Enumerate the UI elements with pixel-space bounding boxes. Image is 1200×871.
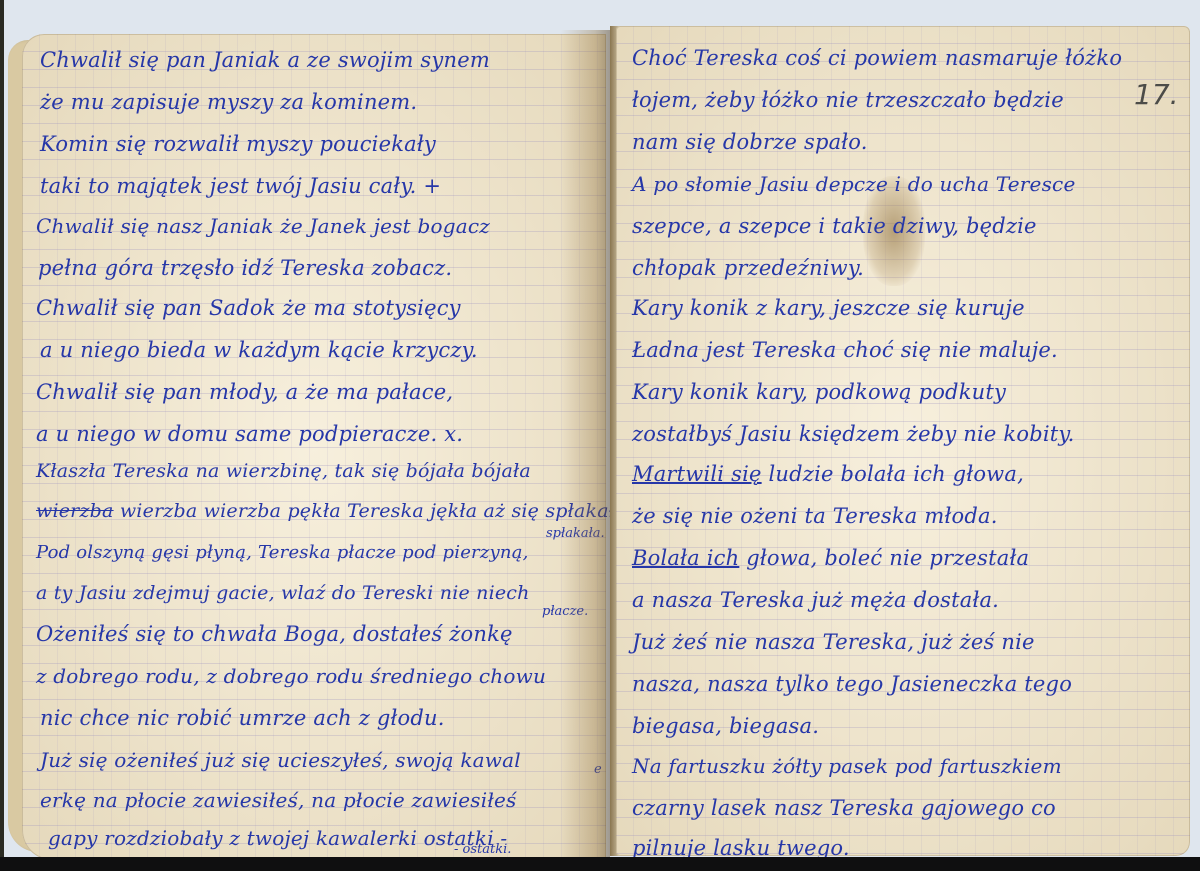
handwritten-line: Choć Tereska coś ci powiem nasmaruje łóż…: [632, 46, 1122, 70]
right-page-text: Choć Tereska coś ci powiem nasmaruje łóż…: [616, 26, 1190, 856]
underlined-phrase: Martwili się: [632, 462, 762, 486]
left-page: Chwalił się pan Janiak a ze swojim synem…: [22, 34, 606, 860]
handwritten-line: Pod olszyną gęsi płyną, Tereska płacze p…: [36, 542, 529, 563]
annotation-below-line: - ostatki.: [454, 842, 511, 857]
right-page: 17. Choć Tereska coś ci powiem nasmaruje…: [616, 26, 1190, 856]
handwritten-line: czarny lasek nasz Tereska gajowego co: [632, 796, 1056, 820]
handwritten-line: Martwili się ludzie bolała ich głowa,: [632, 462, 1024, 486]
handwritten-line: a ty Jasiu zdejmuj gacie, wlaź do Teresk…: [36, 582, 530, 604]
left-page-text: Chwalił się pan Janiak a ze swojim synem…: [22, 34, 606, 860]
handwritten-line: chłopak przedeźniwy.: [632, 256, 864, 280]
handwritten-line: nam się dobrze spało.: [632, 130, 868, 154]
annotation-suffix: e: [594, 762, 602, 777]
handwritten-line: a nasza Tereska już męża dostała.: [632, 588, 999, 612]
handwritten-line: Chwalił się pan młody, a że ma pałace,: [36, 380, 453, 404]
handwritten-line: biegasa, biegasa.: [632, 714, 819, 738]
handwritten-line: Chwalił się nasz Janiak że Janek jest bo…: [36, 214, 490, 238]
handwritten-line: a u niego w domu same podpieracze. x.: [36, 422, 463, 446]
handwritten-line: A po słomie Jasiu depcze i do ucha Teres…: [632, 172, 1075, 196]
handwritten-line: gapy rozdziobały z twojej kawalerki osta…: [48, 826, 507, 850]
handwritten-line: Komin się rozwalił myszy pouciekały: [40, 132, 436, 156]
handwritten-line: Ożeniłeś się to chwała Boga, dostałeś żo…: [36, 622, 513, 646]
scan-bottom-edge: [0, 857, 1200, 871]
annotation-above-line: płacze.: [542, 604, 588, 619]
handwritten-line: nic chce nic robić umrze ach z głodu.: [40, 706, 445, 730]
handwritten-line: że się nie ożeni ta Tereska młoda.: [632, 504, 998, 528]
handwritten-line: Na fartuszku żółty pasek pod fartuszkiem: [632, 754, 1062, 778]
annotation-above-line: spłakała.: [546, 526, 605, 541]
handwritten-line: Chwalił się pan Sadok że ma stotysięcy: [36, 296, 461, 320]
handwritten-line: szepce, a szepce i takie dziwy, będzie: [632, 214, 1037, 238]
handwritten-line: że mu zapisuje myszy za kominem.: [40, 90, 417, 114]
handwritten-line: Już się ożeniłeś już się ucieszyłeś, swo…: [40, 748, 521, 772]
line-remainder: wierzba wierzba pękła Tereska jękła aż s…: [120, 500, 633, 522]
handwritten-line: Kłaszła Tereska na wierzbinę, tak się bó…: [36, 460, 531, 482]
handwritten-line: a u niego bieda w każdym kącie krzyczy.: [40, 338, 478, 362]
notebook-spread: Chwalił się pan Janiak a ze swojim synem…: [0, 0, 1200, 871]
handwritten-line: zostałbyś Jasiu księdzem żeby nie kobity…: [632, 422, 1075, 446]
handwritten-line: Kary konik kary, podkową podkuty: [632, 380, 1006, 404]
handwritten-line: Ładna jest Tereska choć się nie maluje.: [632, 338, 1058, 362]
handwritten-line: erkę na płocie zawiesiłeś, na płocie zaw…: [40, 788, 517, 812]
handwritten-line: Chwalił się pan Janiak a ze swojim synem: [40, 48, 490, 72]
handwritten-line: taki to majątek jest twój Jasiu cały. +: [40, 174, 441, 198]
struck-word: wierzba: [36, 500, 114, 522]
handwritten-line: pełna góra trzęsło idź Tereska zobacz.: [38, 256, 452, 280]
line-remainder: ludzie bolała ich głowa,: [769, 462, 1024, 486]
handwritten-line: Już żeś nie nasza Tereska, już żeś nie: [632, 630, 1035, 654]
handwritten-line: z dobrego rodu, z dobrego rodu średniego…: [36, 664, 546, 688]
line-remainder: głowa, boleć nie przestała: [746, 546, 1029, 570]
handwritten-line: nasza, nasza tylko tego Jasieneczka tego: [632, 672, 1072, 696]
handwritten-line: Bolała ich głowa, boleć nie przestała: [632, 546, 1029, 570]
handwritten-line: Kary konik z kary, jeszcze się kuruje: [632, 296, 1025, 320]
handwritten-line: łojem, żeby łóżko nie trzeszczało będzie: [632, 88, 1064, 112]
underlined-phrase: Bolała ich: [632, 546, 739, 570]
handwritten-line: wierzba wierzba wierzba pękła Tereska ję…: [36, 500, 633, 522]
